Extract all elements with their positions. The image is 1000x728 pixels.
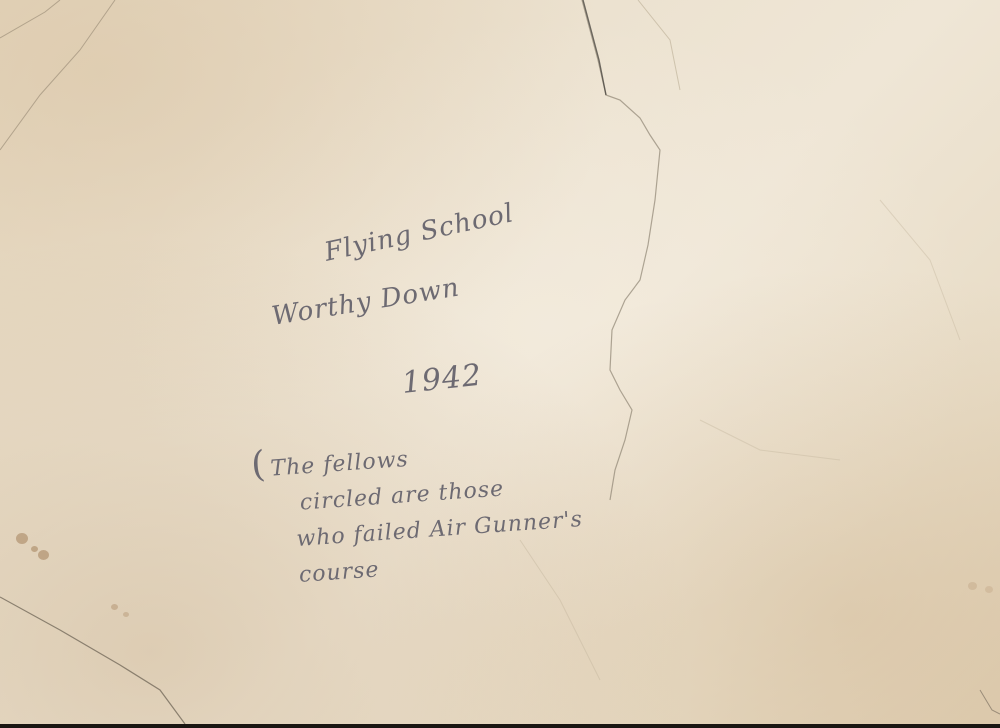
note-open-paren: ( [250,444,268,486]
annotation-school: Flying School [322,198,517,267]
stain-spot [968,582,977,590]
stain-spot [111,604,118,610]
stain-spot [31,546,38,552]
stain-spot [985,586,993,593]
annotation-note: (The fellows circled are those who faile… [250,425,587,596]
paper-creases [0,0,1000,724]
annotation-year: 1942 [400,358,484,401]
annotation-location: Worthy Down [270,273,462,332]
stain-spot [38,550,49,560]
stain-spot [16,533,28,544]
stain-spot [123,612,129,617]
photo-back-paper: Flying School Worthy Down 1942 (The fell… [0,0,1000,724]
note-line-text: The fellows [270,447,410,482]
